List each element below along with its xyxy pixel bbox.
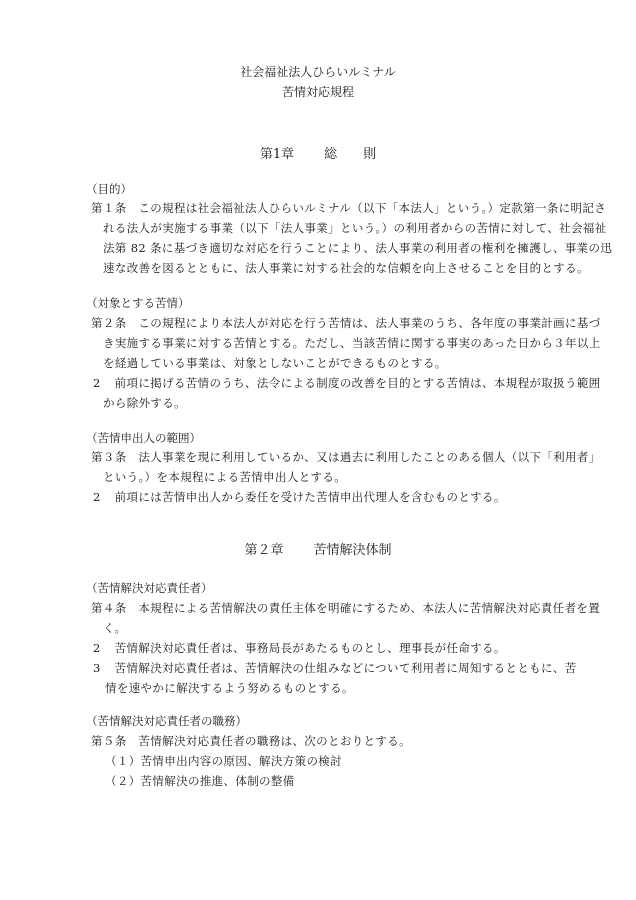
article-2-line-1: 第２条 この規程により本法人が対応を行う苦情は、法人事業のうち、各年度の事業計画… — [91, 315, 601, 331]
article-5-heading: （苦情解決対応責任者の職務） — [86, 713, 247, 729]
article-2-heading: （対象とする苦情） — [86, 295, 190, 311]
article-4-paragraph-2: 2苦情解決対応責任者は、事務局長があたるものとし、理事長が任命する。 — [93, 640, 506, 656]
paragraph-text: 前項には苦情申出人から委任を受けた苦情申出代理人を含むものとする。 — [115, 490, 506, 504]
paragraph-text: 苦情解決対応責任者は、苦情解決の仕組みなどについて利用者に周知するとともに、苦 — [115, 661, 577, 675]
article-4-paragraph-3-line-2: 情を速やかに解決するよう努めるものとする。 — [105, 680, 354, 696]
article-4-heading: （苦情解決対応責任者） — [86, 580, 213, 596]
article-1-line-3: 法第 82 条に基づき適切な対応を行うことにより、法人事業の利用者の権利を擁護し… — [103, 240, 612, 256]
article-1-line-1: 第１条 この規程は社会福祉法人ひらいルミナル（以下「本法人」という。）定款第一条… — [91, 200, 606, 216]
article-5-item-1: （１）苦情申出内容の原因、解決方策の検討 — [105, 753, 342, 769]
organization-name: 社会福祉法人ひらいルミナル — [0, 64, 636, 80]
article-3-line-2: という。）を本規程による苦情申出人とする。 — [103, 469, 346, 485]
article-5-line-1: 第５条 苦情解決対応責任者の職務は、次のとおりとする。 — [91, 733, 411, 749]
article-1-line-4: 速な改善を図るとともに、法人事業に対する社会的な信頼を向上させることを目的とする… — [103, 260, 589, 276]
article-2-line-2: き実施する事業に対する苦情とする。ただし、当該苦情に関する事実のあった日から３年… — [103, 335, 601, 351]
paragraph-number: 2 — [93, 641, 101, 655]
paragraph-number: 3 — [93, 661, 101, 675]
paragraph-text: 前項に掲げる苦情のうち、法令による制度の改善を目的とする苦情は、本規程が取扱う範… — [115, 376, 601, 390]
chapter-1-number: 第1章 — [260, 147, 294, 162]
article-5-item-2: （２）苦情解決の推進、体制の整備 — [105, 773, 295, 789]
article-2-line-3: を経過している事業は、対象としないことができるものとする。 — [103, 355, 447, 371]
article-4-paragraph-3: 3苦情解決対応責任者は、苦情解決の仕組みなどについて利用者に周知するとともに、苦 — [93, 660, 577, 676]
article-2-paragraph-2-line-2: から除外する。 — [103, 395, 186, 411]
article-2-paragraph-2: 2前項に掲げる苦情のうち、法令による制度の改善を目的とする苦情は、本規程が取扱う… — [93, 375, 601, 391]
paragraph-number: 2 — [93, 490, 101, 504]
article-3-paragraph-2: 2前項には苦情申出人から委任を受けた苦情申出代理人を含むものとする。 — [93, 489, 506, 505]
chapter-1-heading: 第1章総 則 — [0, 146, 636, 164]
paragraph-text: 苦情解決対応責任者は、事務局長があたるものとし、理事長が任命する。 — [115, 641, 506, 655]
chapter-2-number: 第２章 — [244, 543, 283, 558]
document-title: 苦情対応規程 — [0, 84, 636, 100]
article-3-heading: （苦情申出人の範囲） — [86, 430, 201, 446]
document-page: 社会福祉法人ひらいルミナル 苦情対応規程 第1章総 則 （目的） 第１条 この規… — [0, 0, 636, 900]
article-1-heading: （目的） — [86, 181, 132, 197]
article-4-line-2: く。 — [103, 620, 126, 636]
article-4-line-1: 第４条 本規程による苦情解決の責任主体を明確にするため、本法人に苦情解決対応責任… — [91, 600, 600, 616]
article-1-line-2: れる法人が実施する事業（以下「法人事業」という。）の利用者からの苦情に対して、社… — [103, 220, 607, 236]
chapter-2-heading: 第２章苦情解決体制 — [0, 542, 636, 560]
paragraph-number: 2 — [93, 376, 101, 390]
article-3-line-1: 第３条 法人事業を現に利用しているか、又は過去に利用したことのある個人（以下「利… — [91, 449, 601, 465]
chapter-1-name: 総 則 — [324, 147, 376, 162]
chapter-2-name: 苦情解決体制 — [314, 543, 392, 558]
